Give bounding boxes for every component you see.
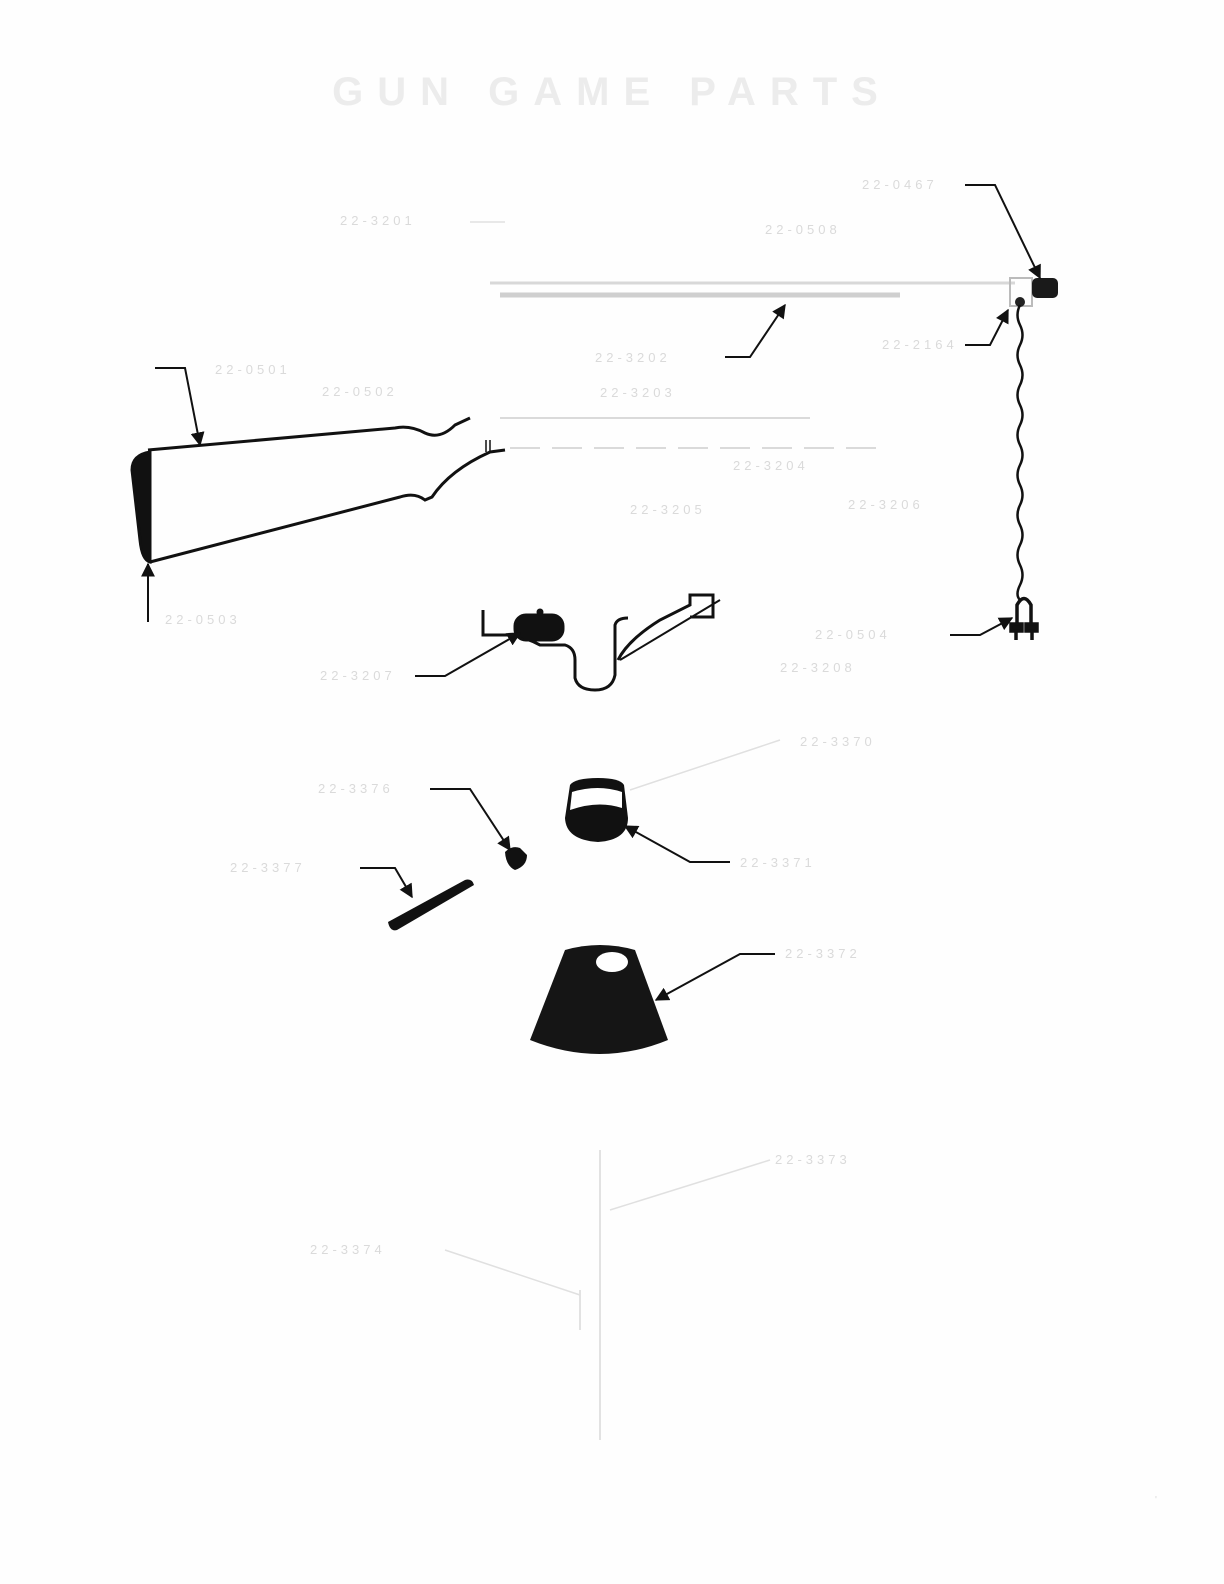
callout-post-upper: 22-3373 <box>775 1152 851 1167</box>
swivel-cup-drawing <box>565 778 628 842</box>
pivot-pin-drawing <box>388 880 474 931</box>
chain-drawing <box>1018 305 1023 600</box>
callout-trigger-pin: 22-3205 <box>630 502 706 517</box>
barrel-cap-drawing <box>1010 278 1058 307</box>
base-cone-drawing <box>530 945 668 1054</box>
callout-stock-screw: 22-0502 <box>322 384 398 399</box>
u-bolt-drawing <box>1011 599 1037 641</box>
callout-butt-plate: 22-0503 <box>165 612 241 627</box>
callout-guard-screw: 22-3206 <box>848 497 924 512</box>
callout-barrel-top: 22-0508 <box>765 222 841 237</box>
callout-base-cone: 22-3372 <box>785 946 861 961</box>
callout-receiver-rod: 22-3204 <box>733 458 809 473</box>
callout-stock: 22-0501 <box>215 362 291 377</box>
trigger-guard-drawing <box>483 595 713 690</box>
callout-swivel-cup: 22-3371 <box>740 855 816 870</box>
barrel-drawing <box>490 283 1015 295</box>
callout-swivel-stud: 22-3376 <box>318 781 394 796</box>
callout-front-sight: 22-3201 <box>340 213 416 228</box>
swivel-stud-drawing <box>505 847 527 870</box>
callout-receiver-plate: 22-3203 <box>600 385 676 400</box>
callout-trigger-button: 22-3207 <box>320 668 396 683</box>
callout-barrel: 22-3202 <box>595 350 671 365</box>
callout-barrel-cap: 22-0467 <box>862 177 938 192</box>
page-marker: ' <box>1155 1495 1157 1506</box>
callout-swivel-cup-top: 22-3370 <box>800 734 876 749</box>
callout-chain-hook: 22-2164 <box>882 337 958 352</box>
stock-drawing <box>132 418 505 562</box>
exploded-parts-illustration <box>0 0 1224 1584</box>
post-drawing <box>580 1150 600 1440</box>
callout-post-lower: 22-3374 <box>310 1242 386 1257</box>
callout-pivot-pin: 22-3377 <box>230 860 306 875</box>
callout-guard-bracket: 22-3208 <box>780 660 856 675</box>
callout-u-bolt: 22-0504 <box>815 627 891 642</box>
